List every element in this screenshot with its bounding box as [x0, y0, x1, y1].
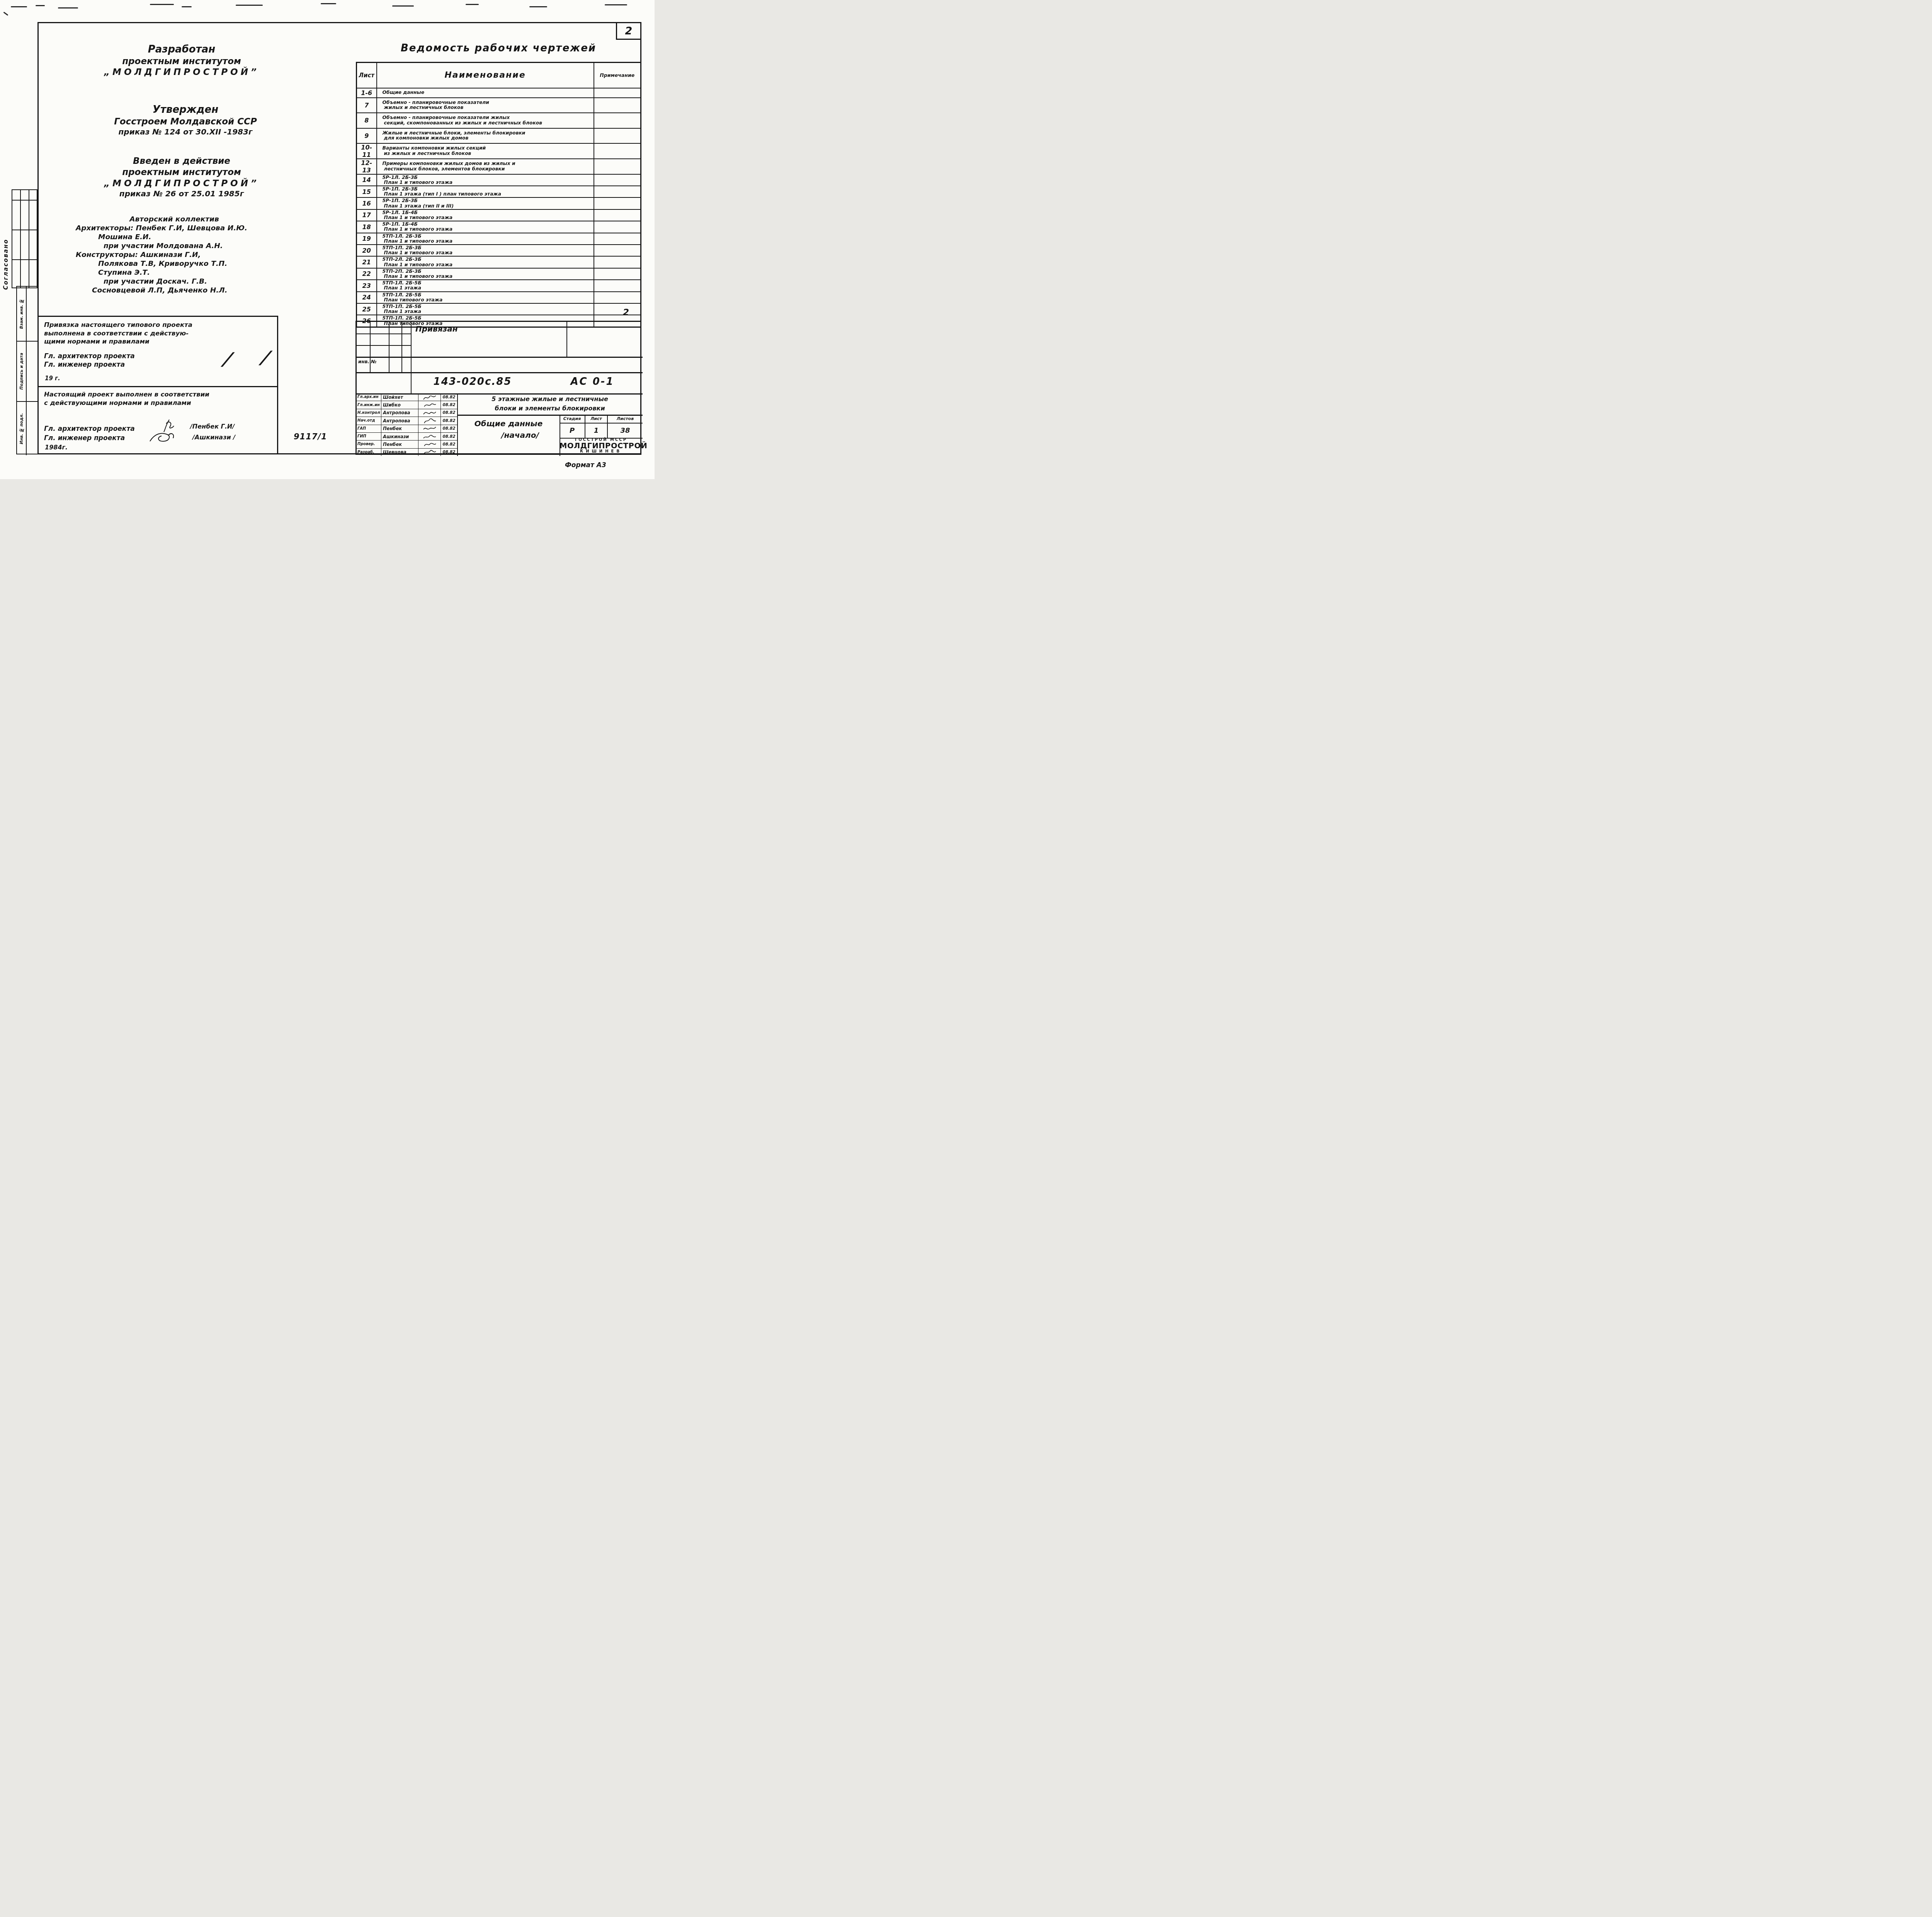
grid-line [357, 357, 643, 358]
note-cell [594, 209, 641, 221]
worksheet-table: Лист Наименование Примечание 1-6Общие да… [356, 62, 641, 328]
scan-artifact [321, 3, 336, 4]
note-cell [594, 280, 641, 291]
note-cell [594, 245, 641, 256]
binding-status: Привязан [415, 324, 458, 333]
developed-line: проектным институтом [73, 56, 290, 67]
table-row: 175Р-1Л. 1Б-4БПлан 1 и типового этажа [357, 209, 641, 221]
note-cell [594, 88, 641, 98]
table-row: 185Р-1П. 1Б-4БПлан 1 и типового этажа [357, 221, 641, 233]
signature-scribble [423, 418, 437, 424]
grid-line [20, 190, 21, 287]
note-cell [594, 197, 641, 209]
authors-line: Архитекторы: Пенбек Г.И, Шевцова И.Ю. [76, 224, 308, 233]
effective-line: Введен в действие [66, 156, 298, 167]
sheets-value: 38 [608, 424, 643, 438]
note-cell [594, 221, 641, 233]
signature-table: Гл.арх.ин Шойхет 08.82 Гл.инж.ин Шибко 0… [357, 393, 457, 456]
chief-architect-label: Гл. архитектор проекта [44, 352, 135, 360]
binding-text-line: выполнена в соответствии с действую- [44, 329, 272, 338]
grid-line [12, 200, 37, 201]
table-row: 12-13Примеры компоновки жилых домов из ж… [357, 159, 641, 174]
table-row: 8Объемно - планировочные показатели жилы… [357, 113, 641, 128]
note-cell [594, 128, 641, 143]
architect-name: /Пенбек Г.И/ [190, 423, 235, 430]
signature-scribble [423, 410, 437, 416]
binding-note-bottom: Настоящий проект выполнен в соответствии… [39, 387, 277, 454]
table-row: 225ТП-2П. 2Б-3БПлан 1 и типового этажа [357, 268, 641, 280]
scan-artifact [36, 5, 45, 6]
authors-line: Сосновцевой Л.П, Дьяченко Н.Л. [76, 286, 308, 295]
note-cell [594, 233, 641, 245]
authors-line: при участии Молдована А.Н. [76, 242, 308, 250]
note-cell [594, 186, 641, 197]
scan-artifact [529, 6, 547, 7]
signature-row: ГИП Ашкинази 08.82 [357, 432, 457, 440]
binding-note-box: Привязка настоящего типового проекта вып… [37, 316, 278, 454]
grid-line [12, 230, 37, 230]
page-number: 2 [625, 25, 633, 37]
grid-line [389, 322, 389, 372]
signature-scribble [146, 428, 179, 445]
signature-slash: / [221, 349, 235, 369]
compliance-line: Настоящий проект выполнен в соответствии [44, 390, 272, 399]
table-row: 205ТП-1П. 2Б-3БПлан 1 и типового этажа [357, 245, 641, 256]
col-header-note: Примечание [594, 63, 641, 88]
table-row: 245ТП-1Л. 2Б-5БПлан типового этажа [357, 292, 641, 303]
org-name: МОЛДГИПРОСТРОЙ [560, 442, 643, 449]
grid-line [27, 401, 38, 402]
organization-block: ГОССТРОЙ МССР МОЛДГИПРОСТРОЙ КИШИНЕВ [560, 438, 643, 456]
grid-line [357, 333, 411, 334]
title-block: Привязан инв. № 143-020с.85 АС 0-1 Гл.ар… [355, 321, 641, 455]
grid-line [27, 341, 38, 342]
signature-row: Н.контрол Антропова 08.82 [357, 409, 457, 417]
scan-artifact [392, 5, 414, 7]
drawing-sheet: 2 Разработан проектным институтом „МОЛДГ… [0, 0, 655, 479]
approved-line: Госстроем Молдавской ССР [77, 116, 294, 128]
col-header-sheet: Лист [357, 63, 377, 88]
authors-line: Ступина Э.Т. [76, 268, 308, 277]
grid-line [370, 322, 371, 372]
signature-row: Нач.отд Антропова 08.82 [357, 417, 457, 424]
vzam-inv-cell: Взам. инв. № [17, 287, 27, 341]
signature-row: Гл.арх.ин Шойхет 08.82 [357, 393, 457, 401]
scan-artifact [466, 4, 479, 5]
grid-line [566, 322, 567, 357]
authors-line: Авторский коллектив [76, 215, 308, 224]
year-value: 1984г. [45, 444, 68, 451]
authors-line: Полякова Т.В, Криворучко Т.П. [76, 259, 308, 268]
signature-scribble [423, 394, 437, 400]
page-number-box: 2 [616, 22, 641, 40]
note-cell [594, 98, 641, 113]
scan-artifact [58, 7, 78, 9]
developed-block: Разработан проектным институтом „МОЛДГИП… [73, 43, 290, 78]
table-row: 9Жилые и лестничные блоки, элементы блок… [357, 128, 641, 143]
scan-artifact [11, 6, 27, 7]
note-cell [594, 174, 641, 186]
table-row: 155Р-1П. 2Б-3БПлан 1 этажа (тип I ) план… [357, 186, 641, 197]
stage-col-header: Стадия [560, 415, 585, 424]
sheets-col-header: Листов [608, 415, 643, 424]
developed-line: Разработан [73, 43, 290, 56]
approved-order: приказ № 124 от 30.XII -1983г [77, 127, 294, 137]
table-row: 7Объемно - планировочные показателижилых… [357, 98, 641, 113]
table-row: 10-11Варианты компоновки жилых секцийиз … [357, 143, 641, 159]
note-cell [594, 159, 641, 174]
worksheet-title: Ведомость рабочих чертежей [355, 43, 641, 54]
table-header-row: Лист Наименование Примечание [357, 63, 641, 88]
engineer-name: /Ашкинази / [192, 434, 235, 441]
note-cell [594, 268, 641, 280]
scan-artifact [182, 6, 192, 7]
binding-text-line: Привязка настоящего типового проекта [44, 321, 272, 329]
table-row: 215ТП-2Л. 2Б-3БПлан 1 и типового этажа [357, 256, 641, 268]
agreement-grid [12, 189, 37, 288]
signature-row: Провер. Пенбек 08.82 [357, 440, 457, 448]
binding-text-line: щими нормами и правилами [44, 337, 272, 346]
inventory-number-label: инв. № [358, 359, 376, 364]
grid-line [29, 190, 29, 287]
grid-line [12, 259, 37, 260]
col-header-name: Наименование [377, 63, 594, 88]
chief-engineer-label: Гл. инженер проекта [44, 361, 125, 369]
note-cell [594, 303, 641, 315]
effective-order: приказ № 26 от 25.01 1985г [66, 189, 298, 199]
project-title: 5 этажные жилые и лестничные блоки и эле… [458, 395, 642, 413]
effective-line: проектным институтом [66, 167, 298, 178]
signature-slash: / [259, 347, 272, 368]
project-code: 143-020с.85 [415, 376, 531, 388]
year-blank: 19 г. [45, 375, 60, 382]
grid-line [401, 322, 402, 372]
approved-line: Утвержден [77, 104, 294, 116]
scan-artifact [605, 4, 627, 5]
stage-value: Р [560, 424, 585, 438]
note-cell [594, 256, 641, 268]
chief-engineer-label: Гл. инженер проекта [44, 434, 125, 442]
chief-architect-label: Гл. архитектор проекта [44, 425, 135, 433]
authors-block: Авторский коллектив Архитекторы: Пенбек … [76, 215, 308, 295]
effective-block: Введен в действие проектным институтом „… [66, 156, 298, 199]
scan-artifact [150, 4, 174, 5]
institute-name: „МОЛДГИПРОСТРОЙ” [73, 67, 290, 78]
format-label: Формат А3 [565, 461, 606, 469]
sheet-col-header: Лист [585, 415, 608, 424]
grid-line [357, 345, 411, 346]
signature-row: Гл.инж.ин Шибко 08.82 [357, 401, 457, 408]
inv-podl-cell: Инв. № подл. [17, 401, 27, 455]
signature-row: Разраб. Шевцова 08.82 [357, 448, 457, 456]
note-cell [594, 113, 641, 128]
inventory-strip: Взам. инв. № Подпись и дата Инв. № подл. [16, 286, 37, 454]
agreed-vertical-label: Согласовано [2, 219, 9, 290]
signature-scribble [423, 425, 437, 432]
signature-scribble [423, 449, 437, 455]
authors-line: при участии Доскач. Г.В. [76, 277, 308, 286]
note-cell [594, 292, 641, 303]
compliance-line: с действующими нормами и правилами [44, 399, 272, 407]
handwritten-sheet-note: 2 [623, 308, 629, 318]
table-row: 235ТП-1Л. 2Б-5БПлан 1 этажа [357, 280, 641, 291]
sheet-value: 1 [585, 424, 608, 438]
stage-table: Стадия Лист Листов Р 1 38 [560, 415, 643, 438]
approved-block: Утвержден Госстроем Молдавской ССР прика… [77, 104, 294, 137]
authors-line: Конструкторы: Ашкинази Г.И, [76, 250, 308, 259]
table-row: 145Р-1Л. 2Б-3БПлан 1 и типового этажа [357, 174, 641, 186]
table-row: 195ТП-1Л. 2Б-3БПлан 1 и типового этажа [357, 233, 641, 245]
authors-line: Мошина Е.И. [76, 233, 308, 242]
scan-artifact [3, 12, 8, 15]
table-row: 255ТП-1П. 2Б-5БПлан 1 этажа [357, 303, 641, 315]
note-cell [594, 143, 641, 159]
table-row: 1-6Общие данные [357, 88, 641, 98]
institute-name: „МОЛДГИПРОСТРОЙ” [66, 178, 298, 189]
signature-scribble [423, 402, 437, 408]
podpis-data-cell: Подпись и дата [17, 341, 27, 401]
signature-scribble [423, 434, 437, 440]
table-row: 165Р-1П. 2Б-3БПлан 1 этажа (тип II и III… [357, 197, 641, 209]
grid-line [357, 372, 643, 373]
signature-scribble [423, 441, 437, 447]
signature-row: ГАП Пенбек 08.82 [357, 425, 457, 432]
document-number: 9117/1 [294, 432, 327, 441]
sheet-title: Общие данные /начало/ [458, 418, 559, 441]
binding-note-top: Привязка настоящего типового проекта вып… [39, 317, 277, 387]
scan-artifact [236, 5, 263, 6]
drawing-set-code: АС 0-1 [558, 376, 627, 388]
